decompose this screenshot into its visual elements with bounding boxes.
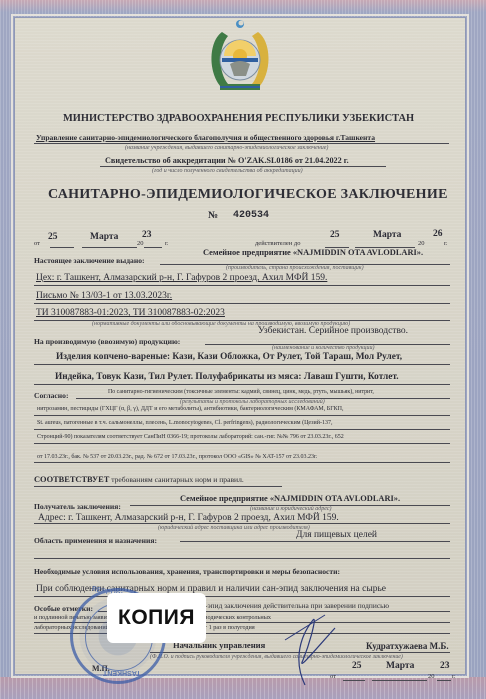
according-caption: (результаты и протоколы лабораторных исс… [180, 399, 325, 405]
ministry-heading: МИНИСТЕРСТВО ЗДРАВООХРАНЕНИЯ РЕСПУБЛИКИ … [63, 113, 414, 124]
signature-icon [265, 610, 345, 690]
coat-of-arms-icon [200, 18, 280, 98]
sign-date-century: 20 [428, 673, 435, 680]
products-underline-2 [34, 384, 450, 385]
valid-until-suffix: г. [444, 240, 448, 247]
date-from-year-line [144, 247, 162, 248]
date-from-day: 25 [48, 232, 58, 242]
sign-date-month-line [372, 680, 427, 681]
scope-value: Для пищевых целей [296, 530, 377, 540]
issuer-underline [34, 143, 449, 144]
product-label: На производимую (ввозимую) продукцию: [34, 337, 180, 346]
complies-underline [34, 486, 282, 487]
date-from-century: 20 [137, 240, 144, 247]
sign-date-day: 25 [352, 661, 362, 671]
date-from-month-line [82, 247, 137, 248]
recipient-caption: (название и юридический адрес) [250, 506, 331, 512]
date-from-prefix: от [34, 240, 40, 247]
address-caption: (юридический адрес поставщика или адрес … [158, 525, 310, 531]
according-underline-3 [34, 429, 450, 430]
accreditation: Свидетельство об аккредитации № O'ZAK.SL… [105, 156, 349, 165]
sign-date-year-line [437, 680, 451, 681]
products-underline-1 [34, 364, 450, 365]
document-title: САНИТАРНО-ЭПИДЕМИОЛОГИЧЕСКОЕ ЗАКЛЮЧЕНИЕ [48, 187, 448, 203]
valid-until-century: 20 [418, 240, 425, 247]
sign-date-day-line [343, 680, 365, 681]
according-underline-4 [34, 443, 450, 444]
date-from-day-line [50, 247, 74, 248]
product-caption: (наименование и количество продукции) [272, 345, 375, 351]
products-line-1: Изделия копчено-вареные: Кази, Кази Обло… [56, 352, 402, 362]
stamp-text-bottom: TASHKENT [103, 669, 141, 676]
sign-date-year: 23 [440, 661, 450, 671]
sign-date-month: Марта [386, 661, 414, 671]
recipient-address: Адрес: г. Ташкент, Алмазарский р-н, Г. Г… [38, 513, 339, 523]
recipient-value: Семейное предприятие «NAJMIDDIN OTA AVLO… [180, 494, 400, 503]
date-from-month: Марта [90, 232, 118, 242]
issuer-name: Управление санитарно-эпидемиологического… [36, 133, 375, 142]
according-line-3: St. aureus, патогенные в т.ч. сальмонелл… [37, 420, 332, 426]
certificate-number: 420534 [233, 210, 269, 221]
accreditation-caption: (год и число полученного свидетельства о… [152, 168, 303, 174]
issuer-caption: (название учреждения, выдавшего санитарн… [125, 145, 328, 151]
products-line-2: Индейка, Товук Кази, Тил Рулет. Полуфабр… [55, 372, 399, 382]
conditions-value: При соблюдении санитарных норм и правил … [36, 584, 386, 594]
letter-reference: Письмо № 13/03-1 от 13.03.2023г. [36, 291, 172, 301]
number-label: № [208, 210, 218, 221]
according-line-4: Стронций-90) показателям соответствует С… [37, 434, 344, 440]
copy-watermark-badge: КОПИЯ [107, 593, 206, 643]
tech-conditions: ТИ 310087883-01:2023, ТИ 310087883-02:20… [36, 308, 225, 318]
workshop-address: Цех: г. Ташкент, Алмазарский р-н, Г. Гаф… [36, 273, 327, 283]
valid-until-day: 25 [330, 230, 340, 240]
recipient-label: Получатель заключения: [34, 502, 121, 511]
product-origin: Узбекистан. Серийное производство. [258, 326, 408, 336]
complies-bold: СООТВЕТСТВУЕТ [34, 475, 109, 484]
complies-statement: СООТВЕТСТВУЕТ требованиям санитарных нор… [34, 475, 244, 484]
issued-to-value: Семейное предприятие «NAJMIDDIN OTA AVLO… [203, 248, 423, 257]
according-line-1: По санитарно-гигиеническим (токсичные эл… [108, 389, 374, 395]
valid-until-year: 26 [433, 229, 443, 239]
scope-underline [180, 541, 450, 542]
conditions-label: Необходимые условия использования, хране… [34, 567, 340, 576]
workshop-underline [34, 285, 450, 286]
scope-underline-2 [34, 558, 450, 559]
letter-underline [34, 303, 450, 304]
valid-until-month: Марта [373, 230, 401, 240]
scope-label: Область применения и назначения: [34, 536, 157, 545]
sign-date-suffix: г. [452, 673, 456, 680]
according-underline-2 [34, 415, 450, 416]
head-name: Кудратхужаева М.Б. [366, 641, 449, 651]
according-label: Согласно: [34, 391, 68, 400]
accreditation-underline [100, 166, 386, 167]
date-from-suffix: г. [165, 240, 169, 247]
according-underline-5 [34, 462, 450, 463]
according-line-5: от 17.03.23г., бак. № 537 от 20.03.23г.,… [37, 454, 317, 460]
address-underline [34, 523, 450, 524]
valid-until-prefix: действителен до [255, 240, 300, 247]
date-from-year: 23 [142, 230, 152, 240]
according-line-2: нитрозамин, пестициды (ГХЦГ (α, β, γ), Д… [37, 406, 344, 412]
issued-to-caption: (производитель, страна происхождения, по… [226, 265, 364, 271]
complies-rest: требованиям санитарных норм и правил. [111, 475, 244, 484]
issued-to-label: Настоящее заключение выдано: [34, 256, 145, 265]
